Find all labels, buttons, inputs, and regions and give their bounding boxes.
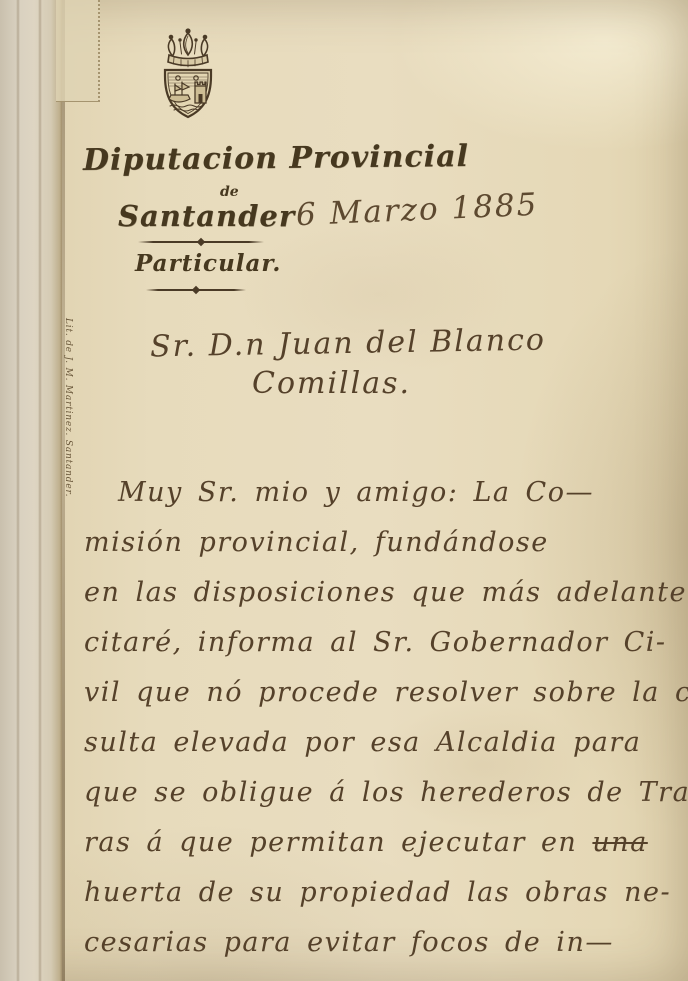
body-line-7: que se obligue á los herederos de Travie… xyxy=(84,768,670,818)
perforated-page-stub xyxy=(56,0,100,102)
body-line-9: huerta de su propiedad las obras ne- xyxy=(84,868,670,918)
body-line-2: misión provincial, fundándose xyxy=(84,518,670,568)
ornament-rule-bottom xyxy=(146,287,246,293)
diamond-ornament-icon xyxy=(197,238,205,246)
body-line-5: vil que nó procede resolver sobre la con… xyxy=(84,668,670,718)
struck-out-word: una xyxy=(592,827,647,858)
body-line-1: Muy Sr. mio y amigo: La Co— xyxy=(84,468,670,518)
scanned-letter-page: Diputacion Provincial de Santander 6 Mar… xyxy=(0,0,688,981)
body-line-8-text: ras á que permitan ejecutar en xyxy=(84,827,577,858)
paper-crease xyxy=(38,0,42,981)
body-line-4: citaré, informa al Sr. Gobernador Ci- xyxy=(84,618,670,668)
addressee-name: Sr. D.n Juan del Blanco xyxy=(150,323,546,365)
body-line-10: cesarias para evitar focos de in— xyxy=(84,918,670,968)
diamond-ornament-icon xyxy=(192,286,200,294)
org-name-de: de xyxy=(220,184,239,200)
body-line-3: en las disposiciones que más adelante xyxy=(84,568,670,618)
body-line-8: ras á que permitan ejecutar en una xyxy=(84,818,670,868)
privacy-label: Particular. xyxy=(135,250,281,277)
body-line-6: sulta elevada por esa Alcaldia para xyxy=(84,718,670,768)
folded-left-edge xyxy=(0,0,62,981)
printer-credit: Lit. de J. M. Martinez. Santander. xyxy=(63,318,73,497)
ornament-rule-top xyxy=(138,239,264,245)
letter-body: Muy Sr. mio y amigo: La Co— misión provi… xyxy=(84,468,670,968)
org-city-title: Santander xyxy=(118,199,295,233)
addressee-place: Comillas. xyxy=(252,366,411,401)
paper-crease xyxy=(16,0,20,981)
org-name-title: Diputacion Provincial xyxy=(83,139,469,178)
coat-of-arms-icon xyxy=(138,24,238,146)
handwritten-date: 6 Marzo 1885 xyxy=(295,187,539,234)
